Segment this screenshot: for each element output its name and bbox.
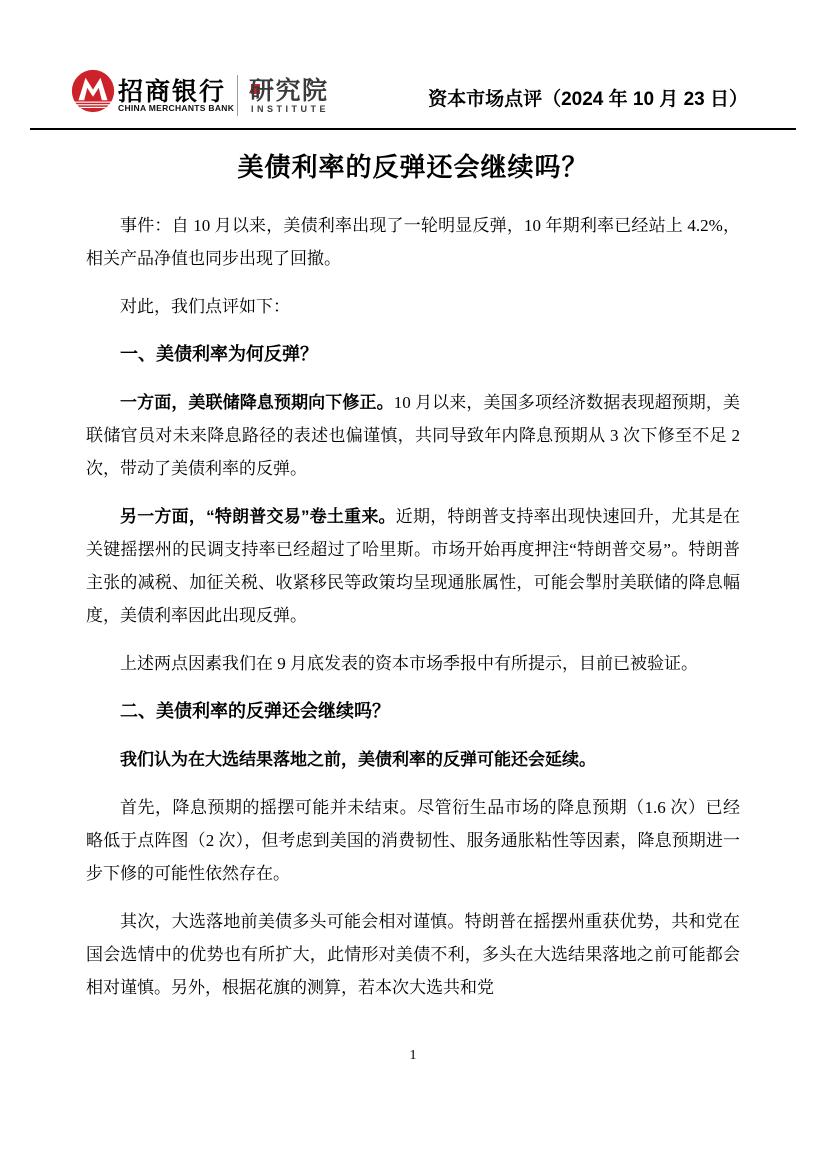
header-rule [30, 128, 796, 130]
page-title: 美债利率的反弹还会继续吗？ [0, 147, 826, 184]
paragraph-1-lead: 一方面，美联储降息预期向下修正。 [120, 393, 394, 412]
paragraph-2: 另一方面，“特朗普交易”卷土重来。近期，特朗普支持率出现快速回升，尤其是在关键摇… [86, 500, 740, 632]
logo-divider [237, 75, 238, 116]
paragraph-4-bold: 我们认为在大选结果落地之前，美债利率的反弹可能还会延续。 [86, 743, 740, 776]
institute-name-cn: 研究院 [249, 71, 329, 107]
paragraph-1: 一方面，美联储降息预期向下修正。10 月以来，美国多项经济数据表现超预期，美联储… [86, 386, 740, 485]
paragraph-2-lead: 另一方面，“特朗普交易”卷土重来。 [120, 507, 396, 526]
paragraph-5: 首先，降息预期的摇摆可能并未结束。尽管衍生品市场的降息预期（1.6 次）已经略低… [86, 791, 740, 890]
paragraph-intro: 对此，我们点评如下： [86, 290, 740, 323]
page-number: 1 [0, 1048, 826, 1064]
section-1-heading: 一、美债利率为何反弹？ [86, 338, 740, 371]
bank-name-en: CHINA MERCHANTS BANK [118, 103, 234, 113]
document-page: 招商银行 CHINA MERCHANTS BANK 研究院 INSTITUTE … [0, 0, 826, 1169]
institute-name-cn-text: 研究院 [249, 77, 329, 105]
paragraph-event: 事件：自 10 月以来，美债利率出现了一轮明显反弹，10 年期利率已经站上 4.… [86, 209, 740, 275]
institute-name-en: INSTITUTE [251, 104, 329, 114]
cmb-logo-icon [71, 68, 115, 114]
paragraph-3: 上述两点因素我们在 9 月底发表的资本市场季报中有所提示，目前已被验证。 [86, 647, 740, 680]
document-body: 事件：自 10 月以来，美债利率出现了一轮明显反弹，10 年期利率已经站上 4.… [86, 209, 740, 1019]
report-type-label: 资本市场点评（2024 年 10 月 23 日） [428, 84, 748, 111]
paragraph-6: 其次，大选落地前美债多头可能会相对谨慎。特朗普在摇摆州重获优势，共和党在国会选情… [86, 905, 740, 1004]
section-2-heading: 二、美债利率的反弹还会继续吗？ [86, 695, 740, 728]
